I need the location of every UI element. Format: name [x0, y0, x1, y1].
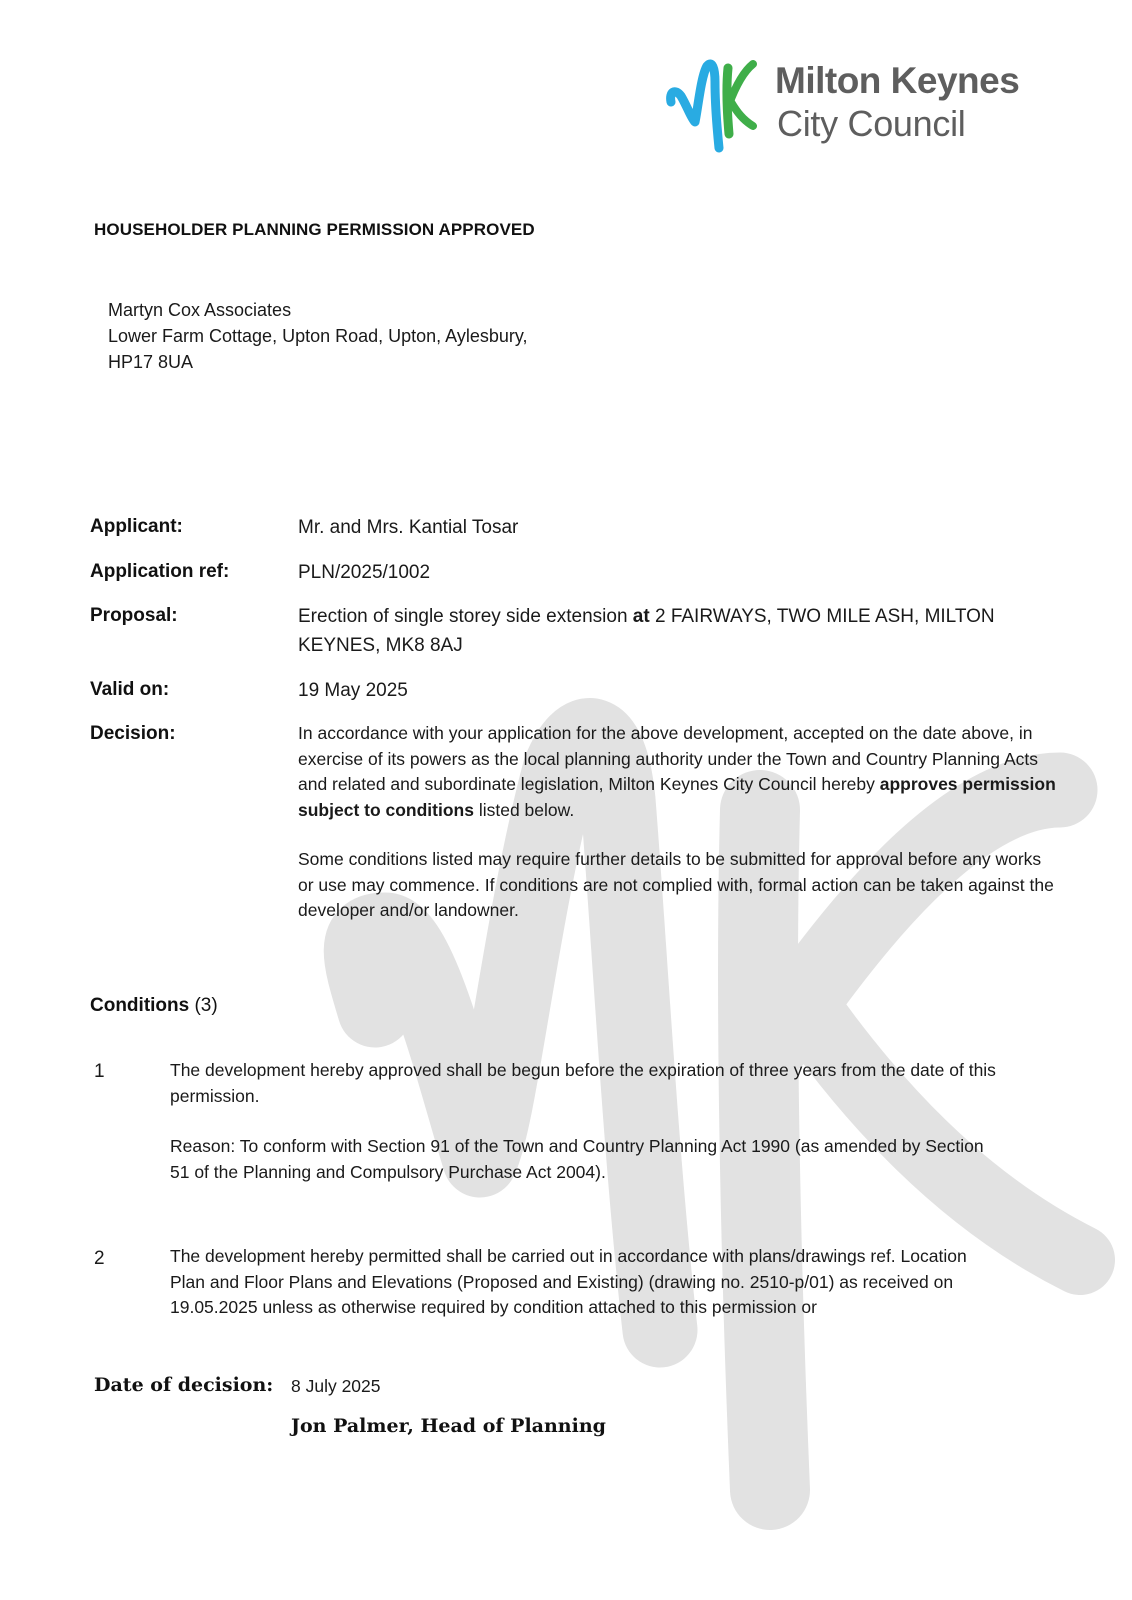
document-title: HOUSEHOLDER PLANNING PERMISSION APPROVED — [94, 220, 535, 240]
valid-on-value: 19 May 2025 — [298, 676, 1058, 705]
planning-decision-page: Milton Keynes City Council HOUSEHOLDER P… — [0, 0, 1132, 1600]
date-of-decision-value: 8 July 2025 — [291, 1376, 381, 1397]
proposal-text: Erection of single storey side extension — [298, 606, 633, 627]
condition-1-text: The development hereby approved shall be… — [170, 1058, 1050, 1109]
decision-text-end: listed below. — [474, 800, 574, 820]
condition-1-reason: Reason: To conform with Section 91 of th… — [170, 1134, 1000, 1185]
signatory: Jon Palmer, Head of Planning — [291, 1415, 606, 1437]
logo-text-milton-keynes: Milton Keynes — [775, 60, 1019, 102]
proposal-text-bold: at — [633, 606, 650, 627]
decision-paragraph-2: Some conditions listed may require furth… — [298, 847, 1058, 924]
conditions-heading-text: Conditions — [90, 995, 189, 1016]
application-ref-value: PLN/2025/1002 — [298, 558, 1058, 587]
mk-logo-icon — [665, 56, 765, 156]
applicant-value: Mr. and Mrs. Kantial Tosar — [298, 513, 1058, 542]
recipient-address-line1: Lower Farm Cottage, Upton Road, Upton, A… — [108, 323, 528, 349]
condition-2-number: 2 — [94, 1248, 105, 1270]
application-ref-label: Application ref: — [90, 561, 229, 583]
applicant-label: Applicant: — [90, 516, 183, 538]
conditions-count: (3) — [194, 995, 217, 1016]
decision-label: Decision: — [90, 723, 176, 745]
condition-2-text: The development hereby permitted shall b… — [170, 1244, 990, 1321]
recipient-address: Martyn Cox Associates Lower Farm Cottage… — [108, 297, 528, 375]
date-of-decision-label: Date of decision: — [94, 1374, 273, 1396]
council-logo: Milton Keynes City Council — [665, 56, 1055, 156]
recipient-address-line2: HP17 8UA — [108, 349, 528, 375]
proposal-label: Proposal: — [90, 605, 178, 627]
valid-on-label: Valid on: — [90, 679, 169, 701]
conditions-heading: Conditions (3) — [90, 995, 218, 1017]
condition-1-number: 1 — [94, 1061, 105, 1083]
proposal-value: Erection of single storey side extension… — [298, 602, 1058, 660]
recipient-name: Martyn Cox Associates — [108, 297, 528, 323]
logo-text-city-council: City Council — [777, 103, 965, 145]
decision-paragraph-1: In accordance with your application for … — [298, 721, 1058, 823]
